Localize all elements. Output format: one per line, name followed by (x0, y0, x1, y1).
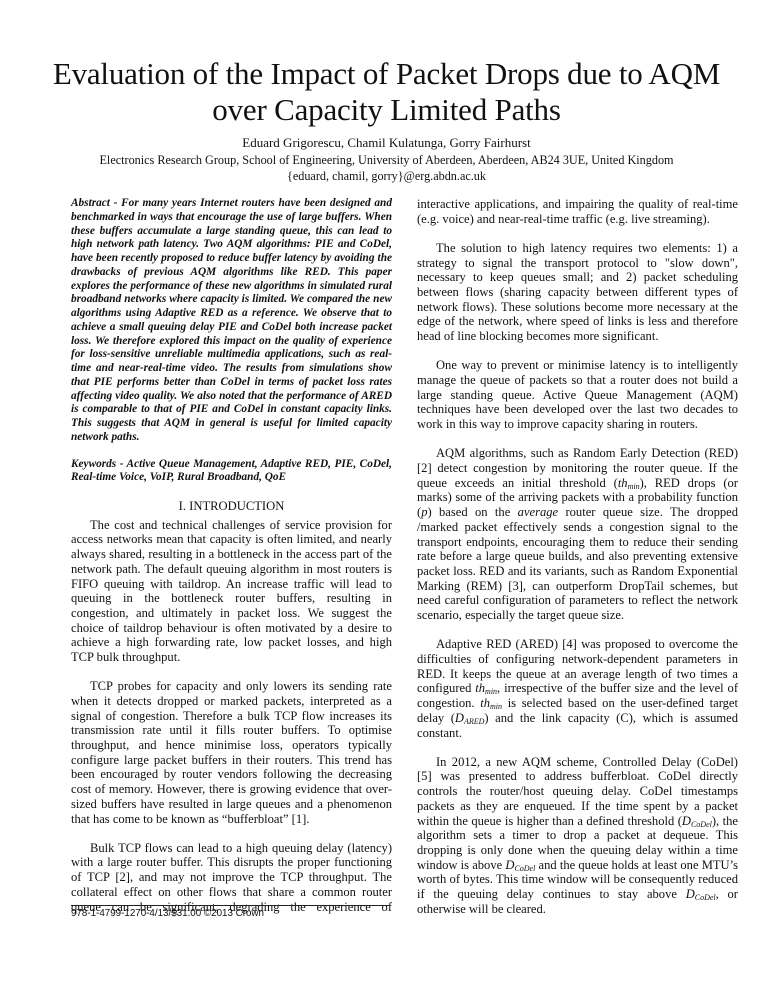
intro-paragraph-3: Bulk TCP flows can lead to a high queuin… (71, 841, 392, 915)
intro-paragraph-1: The cost and technical challenges of ser… (71, 518, 392, 665)
author-email: {eduard, chamil, gorry}@erg.abdn.ac.uk (0, 168, 773, 184)
keywords: Keywords - Active Queue Management, Adap… (71, 458, 392, 486)
title-line-1: Evaluation of the Impact of Packet Drops… (53, 56, 720, 91)
title-line-2: over Capacity Limited Paths (212, 92, 560, 127)
intro-paragraph-2: TCP probes for capacity and only lowers … (71, 679, 392, 826)
intro-paragraph-4: The solution to high latency requires tw… (417, 241, 738, 344)
copyright-notice: 978-1-4799-1270-4/13/$31.00 ©2013 Crown (71, 908, 264, 919)
abstract: Abstract - For many years Internet route… (71, 197, 392, 445)
intro-paragraph-3-continued: interactive applications, and impairing … (417, 197, 738, 226)
footnote-divider (71, 905, 390, 906)
intro-paragraph-red: AQM algorithms, such as Random Early Det… (417, 446, 738, 622)
affiliation: Electronics Research Group, School of En… (0, 152, 773, 168)
intro-paragraph-ared: Adaptive RED (ARED) [4] was proposed to … (417, 637, 738, 740)
right-column: interactive applications, and impairing … (417, 197, 738, 916)
paper-title: Evaluation of the Impact of Packet Drops… (0, 56, 773, 128)
section-heading-introduction: I. INTRODUCTION (71, 499, 392, 514)
intro-paragraph-codel: In 2012, a new AQM scheme, Controlled De… (417, 755, 738, 917)
intro-paragraph-5: One way to prevent or minimise latency i… (417, 358, 738, 432)
left-column: Abstract - For many years Internet route… (71, 197, 392, 914)
author-list: Eduard Grigorescu, Chamil Kulatunga, Gor… (0, 135, 773, 151)
